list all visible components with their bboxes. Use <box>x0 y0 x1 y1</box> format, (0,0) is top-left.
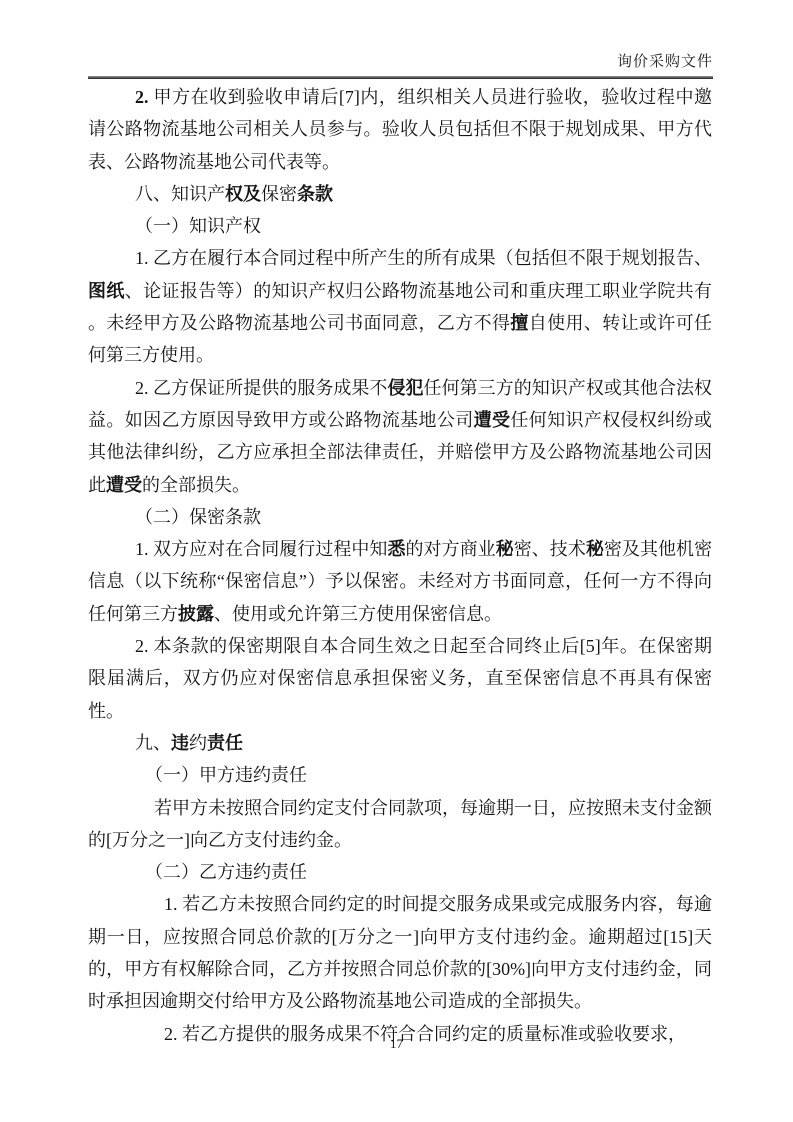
text-run: 违 <box>171 733 189 753</box>
text-run: 1. 若乙方未按照合同约定的时间提交服务成果或完成服务内容，每逾期一日，应按照合… <box>88 894 712 1011</box>
paragraph: 2. 乙方保证所提供的服务成果不侵犯任何第三方的知识产权或其他合法权益。如因乙方… <box>88 372 712 501</box>
text-run: 2. 乙方保证所提供的服务成果不 <box>135 378 387 398</box>
paragraph: 2. 本条款的保密期限自本合同生效之日起至合同终止后[5]年。在保密期限届满后，… <box>88 630 712 727</box>
text-run: 甲方在收到验收申请后[7]内，组织相关人员进行验收，验收过程中邀请公路物流基地公… <box>88 87 712 172</box>
text-run: 权及 <box>225 184 261 204</box>
text-run: 2. <box>135 87 149 107</box>
sub-heading: （二）乙方违约责任 <box>88 856 712 888</box>
header-rule <box>88 76 713 79</box>
text-run: 责任 <box>207 733 243 753</box>
sub-heading: （二）保密条款 <box>88 501 712 533</box>
paragraph: 1. 乙方在履行本合同过程中所产生的所有成果（包括但不限于规划报告、图纸、论证报… <box>88 242 712 371</box>
text-run: 保密 <box>261 184 297 204</box>
text-run: （一）知识产权 <box>135 216 261 236</box>
text-run: 1. 乙方在履行本合同过程中所产生的所有成果（包括但不限于规划报告、 <box>135 248 712 268</box>
text-run: （二）乙方违约责任 <box>145 862 307 882</box>
text-run: 秘 <box>586 539 604 559</box>
text-run: 1. 双方应对在合同履行过程中知 <box>135 539 387 559</box>
text-run: 约 <box>189 733 207 753</box>
text-run: 图纸 <box>88 281 125 301</box>
text-run: 八、知识产 <box>135 184 225 204</box>
paragraph: 若甲方未按照合同约定支付合同款项，每逾期一日，应按照未支付金额的[万分之一]向乙… <box>88 792 712 857</box>
text-run: （一）甲方违约责任 <box>145 765 307 785</box>
text-run: 擅 <box>510 313 528 333</box>
text-run: （二）保密条款 <box>135 507 261 527</box>
section-heading: 九、违约责任 <box>88 727 712 759</box>
text-run: 遭受 <box>106 475 142 495</box>
text-run: 密、技术 <box>514 539 586 559</box>
page-header-title: 询价采购文件 <box>617 50 713 71</box>
text-run: 披露 <box>178 604 214 624</box>
paragraph: 2. 甲方在收到验收申请后[7]内，组织相关人员进行验收，验收过程中邀请公路物流… <box>88 81 712 178</box>
text-run: 遭受 <box>474 410 511 430</box>
text-run: 九、 <box>135 733 171 753</box>
page-number: 17 <box>0 1036 793 1052</box>
sub-heading: （一）甲方违约责任 <box>88 759 712 791</box>
text-run: 悉 <box>387 539 405 559</box>
text-run: 2. 本条款的保密期限自本合同生效之日起至合同终止后[5]年。在保密期限届满后，… <box>88 636 712 721</box>
document-page: 询价采购文件 2. 甲方在收到验收申请后[7]内，组织相关人员进行验收，验收过程… <box>0 0 793 1122</box>
text-run: 秘 <box>496 539 514 559</box>
text-run: 若甲方未按照合同约定支付合同款项，每逾期一日，应按照未支付金额的[万分之一]向乙… <box>88 798 712 850</box>
text-run: 的全部损失。 <box>142 475 250 495</box>
text-run: 的对方商业 <box>406 539 496 559</box>
text-run: 条款 <box>297 184 333 204</box>
paragraph: 1. 若乙方未按照合同约定的时间提交服务成果或完成服务内容，每逾期一日，应按照合… <box>88 888 712 1017</box>
section-heading: 八、知识产权及保密条款 <box>88 178 712 210</box>
text-run: 侵犯 <box>387 378 423 398</box>
document-body: 2. 甲方在收到验收申请后[7]内，组织相关人员进行验收，验收过程中邀请公路物流… <box>88 81 712 1050</box>
paragraph: 1. 双方应对在合同履行过程中知悉的对方商业秘密、技术秘密及其他机密信息（以下统… <box>88 533 712 630</box>
text-run: 、使用或允许第三方使用保密信息。 <box>214 604 502 624</box>
sub-heading: （一）知识产权 <box>88 210 712 242</box>
